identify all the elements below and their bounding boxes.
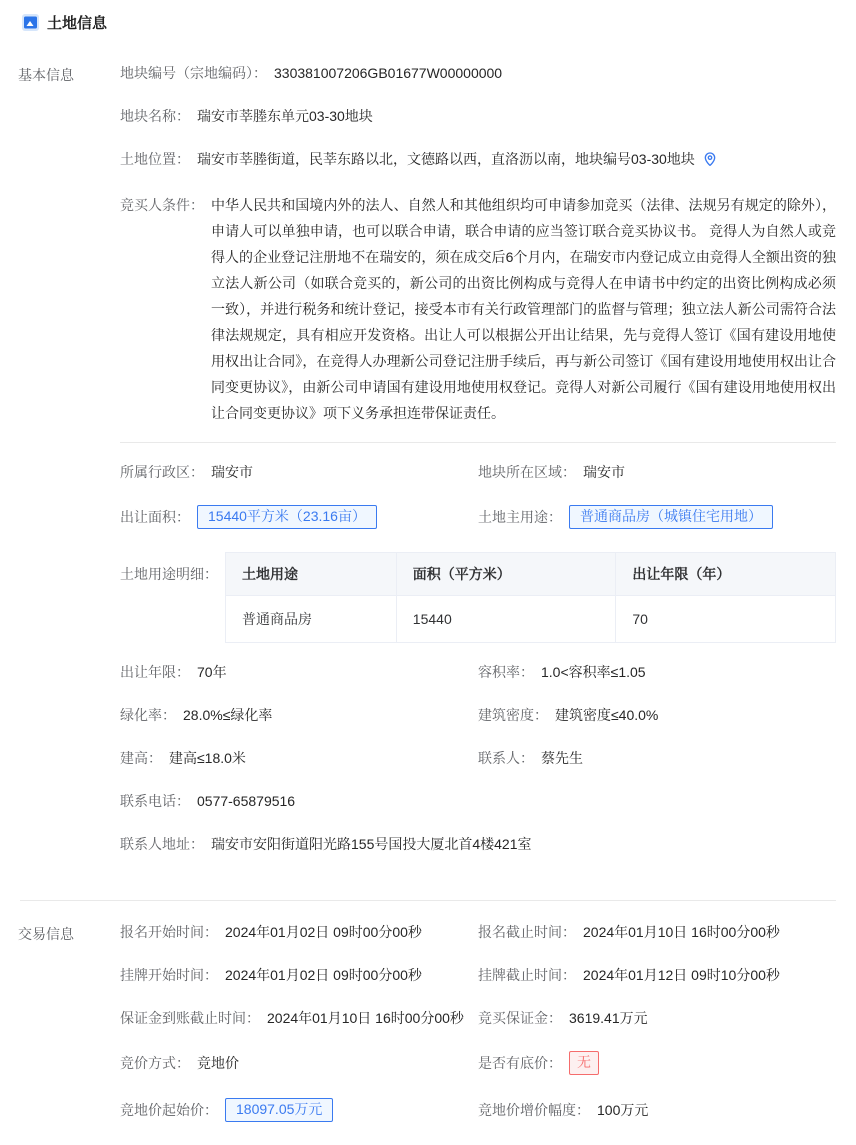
contact-person-label: 联系人： (478, 748, 534, 768)
parcel-name-value: 瑞安市莘塍东单元03-30地块 (197, 106, 373, 126)
plot-ratio-value: 1.0<容积率≤1.05 (541, 662, 646, 682)
contact-person-field: 联系人： 蔡先生 (478, 748, 836, 768)
parcel-name-field: 地块名称： 瑞安市莘塍东单元03-30地块 (120, 106, 836, 126)
land-use-cell-use: 普通商品房 (226, 596, 397, 643)
district-field: 所属行政区： 瑞安市 (120, 462, 478, 482)
contact-person-value: 蔡先生 (541, 748, 583, 768)
building-density-label: 建筑密度： (478, 705, 548, 725)
green-ratio-value: 28.0%≤绿化率 (183, 705, 272, 725)
district-row: 所属行政区： 瑞安市 地块所在区域： 瑞安市 (120, 462, 836, 482)
signup-start-label: 报名开始时间： (120, 922, 218, 942)
listing-end-value: 2024年01月12日 09时10分00秒 (583, 965, 780, 985)
tenure-value: 70年 (197, 662, 227, 682)
bidding-method-value: 竞地价 (197, 1053, 239, 1073)
parcel-code-row: 地块编号（宗地编码）： 330381007206GB01677W00000000 (120, 63, 836, 83)
reserve-price-field: 是否有底价： 无 (478, 1051, 836, 1075)
increment-label: 竞地价增价幅度： (478, 1100, 590, 1120)
location-field: 土地位置： 瑞安市莘塍街道，民莘东路以北，文德路以西，直洛沥以南，地块编号03-… (120, 149, 836, 169)
listing-times-row: 挂牌开始时间： 2024年01月02日 09时00分00秒 挂牌截止时间： 20… (120, 965, 836, 985)
bidder-conditions-row: 竞买人条件： 中华人民共和国境内外的法人、自然人和其他组织均可申请参加竞买（法律… (120, 192, 836, 426)
tenure-ratio-row: 出让年限： 70年 容积率： 1.0<容积率≤1.05 (120, 662, 836, 682)
land-use-cell-area: 15440 (396, 596, 616, 643)
increment-value: 100万元 (597, 1100, 648, 1120)
parcel-code-value: 330381007206GB01677W00000000 (274, 65, 502, 81)
parcel-code-label: 地块编号（宗地编码）： (120, 63, 267, 83)
listing-end-label: 挂牌截止时间： (478, 965, 576, 985)
section-label-basic: 基本信息 (0, 63, 120, 877)
reserve-price-tag: 无 (569, 1051, 599, 1075)
green-ratio-field: 绿化率： 28.0%≤绿化率 (120, 705, 478, 725)
deposit-deadline-value: 2024年01月10日 16时00分00秒 (267, 1008, 464, 1028)
listing-end-field: 挂牌截止时间： 2024年01月12日 09时10分00秒 (478, 965, 836, 985)
signup-end-field: 报名截止时间： 2024年01月10日 16时00分00秒 (478, 922, 836, 942)
transfer-area-field: 出让面积： 15440平方米（23.16亩） (120, 505, 478, 529)
parcel-name-label: 地块名称： (120, 106, 190, 126)
bidding-method-label: 竞价方式： (120, 1053, 190, 1073)
area-use-row: 出让面积： 15440平方米（23.16亩） 土地主用途： 普通商品房（城镇住宅… (120, 505, 836, 529)
area-region-label: 地块所在区域： (478, 462, 576, 482)
signup-times-row: 报名开始时间： 2024年01月02日 09时00分00秒 报名截止时间： 20… (120, 922, 836, 942)
increment-field: 竞地价增价幅度： 100万元 (478, 1098, 836, 1122)
use-detail-field: 土地用途明细： 土地用途 面积（平方米） 出让年限（年） 普通商品房 (120, 552, 836, 643)
building-height-field: 建高： 建高≤18.0米 (120, 748, 478, 768)
section-label-transaction: 交易信息 (0, 922, 120, 1145)
starting-price-tag: 18097.05万元 (225, 1098, 333, 1122)
signup-end-label: 报名截止时间： (478, 922, 576, 942)
listing-start-label: 挂牌开始时间： (120, 965, 218, 985)
land-info-icon (22, 14, 39, 31)
location-label: 土地位置： (120, 149, 190, 169)
listing-start-field: 挂牌开始时间： 2024年01月02日 09时00分00秒 (120, 965, 478, 985)
height-contact-row: 建高： 建高≤18.0米 联系人： 蔡先生 (120, 748, 836, 768)
plot-ratio-field: 容积率： 1.0<容积率≤1.05 (478, 662, 836, 682)
contact-address-value: 瑞安市安阳街道阳光路155号国投大厦北首4楼421室 (211, 834, 532, 854)
area-region-value: 瑞安市 (583, 462, 625, 482)
land-use-table-header-row: 土地用途 面积（平方米） 出让年限（年） (226, 553, 836, 596)
bidding-method-field: 竞价方式： 竞地价 (120, 1051, 478, 1075)
parcel-name-row: 地块名称： 瑞安市莘塍东单元03-30地块 (120, 106, 836, 126)
location-value: 瑞安市莘塍街道，民莘东路以北，文德路以西，直洛沥以南，地块编号03-30地块 (197, 149, 695, 169)
use-detail-label: 土地用途明细： (120, 552, 218, 584)
district-value: 瑞安市 (211, 462, 253, 482)
deposit-deadline-field: 保证金到账截止时间： 2024年01月10日 16时00分00秒 (120, 1008, 478, 1028)
land-use-table: 土地用途 面积（平方米） 出让年限（年） 普通商品房 15440 70 (225, 552, 836, 643)
land-use-header-area: 面积（平方米） (396, 553, 616, 596)
table-row: 普通商品房 15440 70 (226, 596, 836, 643)
listing-start-value: 2024年01月02日 09时00分00秒 (225, 965, 422, 985)
transaction-section: 交易信息 报名开始时间： 2024年01月02日 09时00分00秒 报名截止时… (0, 922, 856, 1145)
page-header: 土地信息 (0, 12, 856, 33)
basic-info-divider (120, 442, 836, 443)
starting-price-field: 竞地价起始价： 18097.05万元 (120, 1098, 478, 1122)
bid-deposit-label: 竞买保证金： (478, 1008, 562, 1028)
contact-address-row: 联系人地址： 瑞安市安阳街道阳光路155号国投大厦北首4楼421室 (120, 834, 836, 854)
bidding-method-row: 竞价方式： 竞地价 是否有底价： 无 (120, 1051, 836, 1075)
transaction-content: 报名开始时间： 2024年01月02日 09时00分00秒 报名截止时间： 20… (120, 922, 856, 1145)
parcel-code-field: 地块编号（宗地编码）： 330381007206GB01677W00000000 (120, 63, 836, 83)
bidder-conditions-value: 中华人民共和国境内外的法人、自然人和其他组织均可申请参加竞买（法律、法规另有规定… (211, 192, 836, 426)
building-height-label: 建高： (120, 748, 162, 768)
district-label: 所属行政区： (120, 462, 204, 482)
section-divider (20, 900, 836, 901)
contact-address-field: 联系人地址： 瑞安市安阳街道阳光路155号国投大厦北首4楼421室 (120, 834, 836, 854)
basic-info-section: 基本信息 地块编号（宗地编码）： 330381007206GB01677W000… (0, 63, 856, 877)
contact-phone-value: 0577-65879516 (197, 793, 295, 809)
bidder-conditions-label: 竞买人条件： (120, 192, 204, 218)
tenure-field: 出让年限： 70年 (120, 662, 478, 682)
signup-end-value: 2024年01月10日 16时00分00秒 (583, 922, 780, 942)
land-info-page: 土地信息 基本信息 地块编号（宗地编码）： 330381007206GB0167… (0, 0, 856, 1145)
transfer-area-tag: 15440平方米（23.16亩） (197, 505, 377, 529)
building-height-value: 建高≤18.0米 (169, 748, 246, 768)
building-density-field: 建筑密度： 建筑密度≤40.0% (478, 705, 836, 725)
deposit-row: 保证金到账截止时间： 2024年01月10日 16时00分00秒 竞买保证金： … (120, 1008, 836, 1028)
bid-deposit-value: 3619.41万元 (569, 1008, 648, 1028)
basic-info-content: 地块编号（宗地编码）： 330381007206GB01677W00000000… (120, 63, 856, 877)
page-title: 土地信息 (47, 12, 107, 33)
contact-phone-label: 联系电话： (120, 791, 190, 811)
deposit-deadline-label: 保证金到账截止时间： (120, 1008, 260, 1028)
transfer-area-label: 出让面积： (120, 507, 190, 527)
green-density-row: 绿化率： 28.0%≤绿化率 建筑密度： 建筑密度≤40.0% (120, 705, 836, 725)
contact-phone-field: 联系电话： 0577-65879516 (120, 791, 836, 811)
main-use-field: 土地主用途： 普通商品房（城镇住宅用地） (478, 505, 836, 529)
green-ratio-label: 绿化率： (120, 705, 176, 725)
land-use-header-use: 土地用途 (226, 553, 397, 596)
use-detail-row: 土地用途明细： 土地用途 面积（平方米） 出让年限（年） 普通商品房 (120, 552, 836, 643)
map-location-pin-icon[interactable] (702, 151, 718, 167)
bidder-conditions-field: 竞买人条件： 中华人民共和国境内外的法人、自然人和其他组织均可申请参加竞买（法律… (120, 192, 836, 426)
bid-deposit-field: 竞买保证金： 3619.41万元 (478, 1008, 836, 1028)
plot-ratio-label: 容积率： (478, 662, 534, 682)
reserve-price-label: 是否有底价： (478, 1053, 562, 1073)
signup-start-value: 2024年01月02日 09时00分00秒 (225, 922, 422, 942)
tenure-label: 出让年限： (120, 662, 190, 682)
main-use-label: 土地主用途： (478, 507, 562, 527)
main-use-tag: 普通商品房（城镇住宅用地） (569, 505, 773, 529)
location-row: 土地位置： 瑞安市莘塍街道，民莘东路以北，文德路以西，直洛沥以南，地块编号03-… (120, 149, 836, 169)
land-use-header-tenure: 出让年限（年） (616, 553, 836, 596)
building-density-value: 建筑密度≤40.0% (555, 705, 658, 725)
land-use-cell-tenure: 70 (616, 596, 836, 643)
contact-phone-row: 联系电话： 0577-65879516 (120, 791, 836, 811)
contact-address-label: 联系人地址： (120, 834, 204, 854)
signup-start-field: 报名开始时间： 2024年01月02日 09时00分00秒 (120, 922, 478, 942)
area-region-field: 地块所在区域： 瑞安市 (478, 462, 836, 482)
price-row: 竞地价起始价： 18097.05万元 竞地价增价幅度： 100万元 (120, 1098, 836, 1122)
starting-price-label: 竞地价起始价： (120, 1100, 218, 1120)
